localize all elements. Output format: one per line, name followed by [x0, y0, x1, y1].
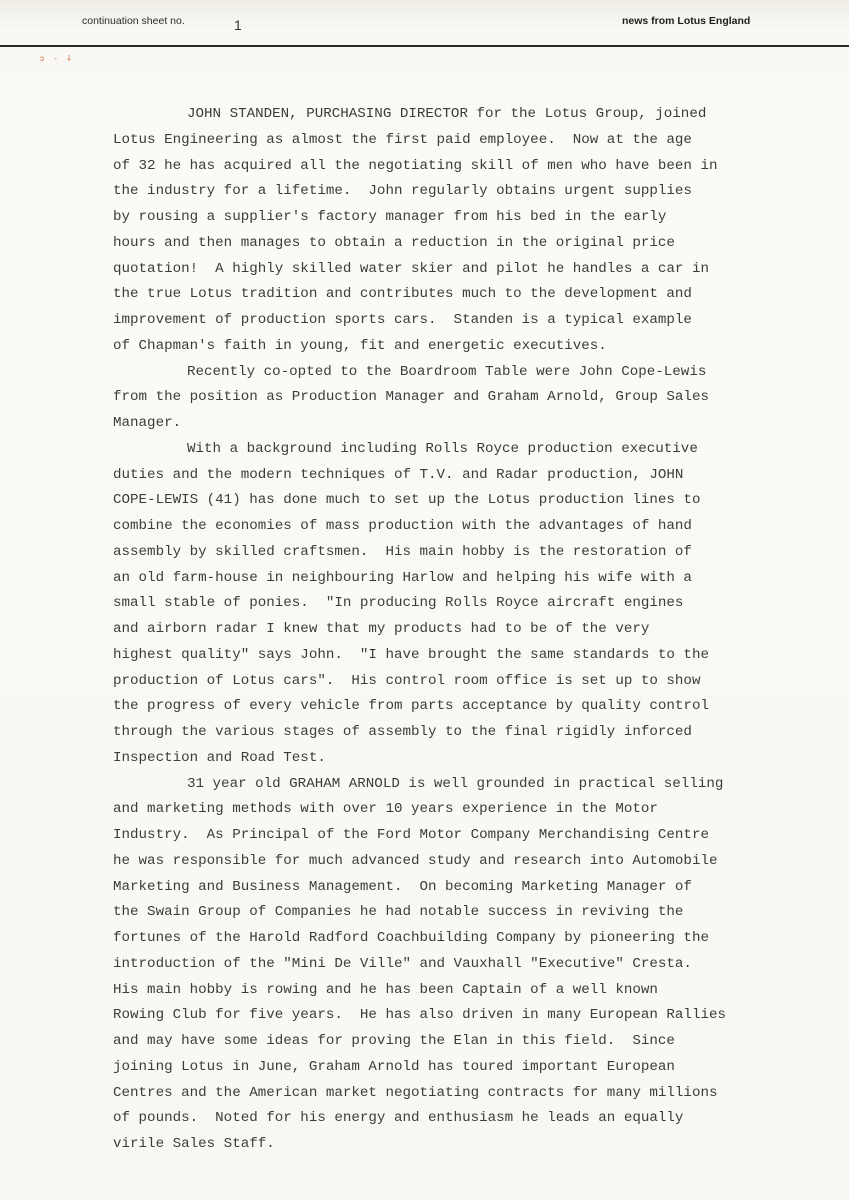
text-line: Rowing Club for five years. He has also … [113, 1003, 813, 1029]
text-line: small stable of ponies. "In producing Ro… [113, 591, 813, 617]
text-line: from the position as Production Manager … [113, 385, 813, 411]
text-line: the true Lotus tradition and contributes… [113, 282, 813, 308]
text-line: the Swain Group of Companies he had nota… [113, 900, 813, 926]
continuation-sheet-label: continuation sheet no. [82, 15, 185, 27]
text-line: combine the economies of mass production… [113, 514, 813, 540]
text-line: With a background including Rolls Royce … [113, 437, 813, 463]
text-line: Recently co-opted to the Boardroom Table… [113, 360, 813, 386]
text-line: fortunes of the Harold Radford Coachbuil… [113, 926, 813, 952]
text-line: by rousing a supplier's factory manager … [113, 205, 813, 231]
paragraph: Recently co-opted to the Boardroom Table… [113, 360, 813, 437]
text-line: 31 year old GRAHAM ARNOLD is well ground… [113, 772, 813, 798]
text-line: joining Lotus in June, Graham Arnold has… [113, 1055, 813, 1081]
text-line: hours and then manages to obtain a reduc… [113, 231, 813, 257]
text-line: Lotus Engineering as almost the first pa… [113, 128, 813, 154]
text-line: and marketing methods with over 10 years… [113, 797, 813, 823]
press-release-body: JOHN STANDEN, PURCHASING DIRECTOR for th… [113, 102, 813, 1158]
text-line: assembly by skilled craftsmen. His main … [113, 540, 813, 566]
paragraph: 31 year old GRAHAM ARNOLD is well ground… [113, 772, 813, 1158]
document-page: continuation sheet no. 1 news from Lotus… [0, 0, 849, 1200]
text-line: and may have some ideas for proving the … [113, 1029, 813, 1055]
paragraph: With a background including Rolls Royce … [113, 437, 813, 772]
text-line: of Chapman's faith in young, fit and ene… [113, 334, 813, 360]
margin-pencil-marks: ↄ - ⸸ [40, 53, 75, 64]
text-line: quotation! A highly skilled water skier … [113, 257, 813, 283]
text-line: and airborn radar I knew that my product… [113, 617, 813, 643]
text-line: he was responsible for much advanced stu… [113, 849, 813, 875]
paragraph: JOHN STANDEN, PURCHASING DIRECTOR for th… [113, 102, 813, 360]
text-line: duties and the modern techniques of T.V.… [113, 463, 813, 489]
text-line: through the various stages of assembly t… [113, 720, 813, 746]
text-line: Marketing and Business Management. On be… [113, 875, 813, 901]
text-line: JOHN STANDEN, PURCHASING DIRECTOR for th… [113, 102, 813, 128]
text-line: Centres and the American market negotiat… [113, 1081, 813, 1107]
text-line: COPE-LEWIS (41) has done much to set up … [113, 488, 813, 514]
letterhead-title: news from Lotus England [622, 15, 750, 27]
text-line: an old farm-house in neighbouring Harlow… [113, 566, 813, 592]
text-line: highest quality" says John. "I have brou… [113, 643, 813, 669]
text-line: Manager. [113, 411, 813, 437]
text-line: virile Sales Staff. [113, 1132, 813, 1158]
text-line: improvement of production sports cars. S… [113, 308, 813, 334]
text-line: the progress of every vehicle from parts… [113, 694, 813, 720]
text-line: His main hobby is rowing and he has been… [113, 978, 813, 1004]
sheet-number: 1 [234, 17, 242, 33]
text-line: of 32 he has acquired all the negotiatin… [113, 154, 813, 180]
text-line: introduction of the "Mini De Ville" and … [113, 952, 813, 978]
text-line: the industry for a lifetime. John regula… [113, 179, 813, 205]
header-rule [0, 45, 849, 47]
text-line: production of Lotus cars". His control r… [113, 669, 813, 695]
text-line: Industry. As Principal of the Ford Motor… [113, 823, 813, 849]
text-line: of pounds. Noted for his energy and enth… [113, 1106, 813, 1132]
text-line: Inspection and Road Test. [113, 746, 813, 772]
